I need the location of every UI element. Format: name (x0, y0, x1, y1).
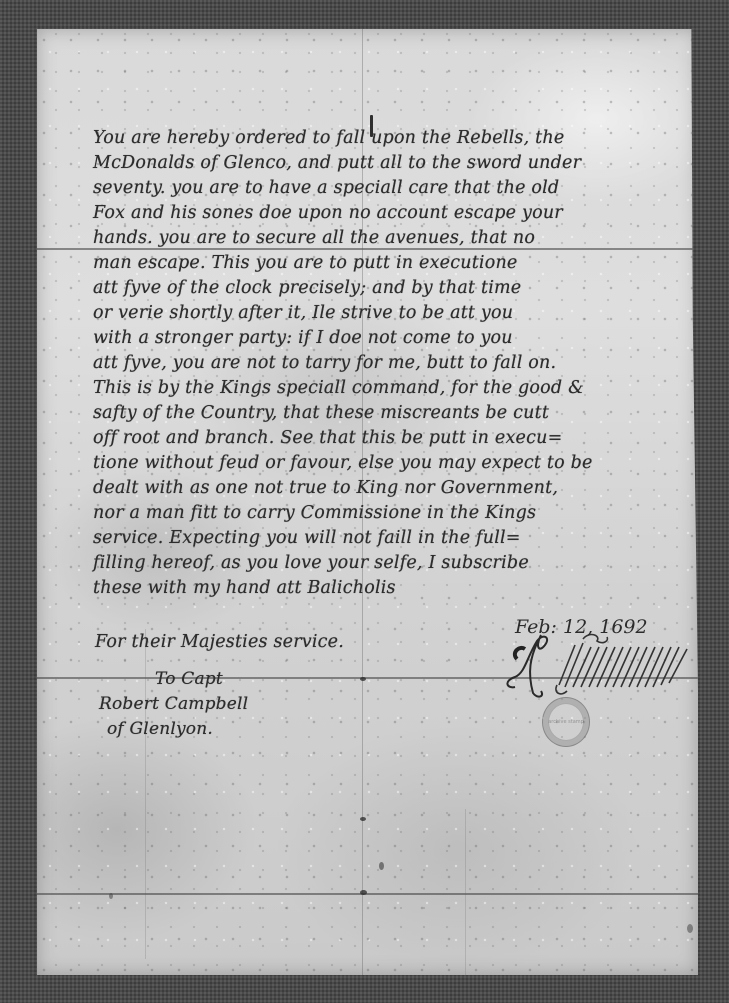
body-line: off root and branch. See that this be pu… (93, 428, 562, 448)
body-line: Fox and his sones doe upon no account es… (93, 203, 563, 223)
ink-spot (379, 862, 384, 870)
body-line: safty of the Country, that these miscrea… (93, 403, 549, 423)
body-line: This is by the Kings speciall command, f… (93, 378, 584, 398)
body-line: att fyve, you are not to tarry for me, b… (93, 353, 556, 373)
seal-text: archive stamp (543, 698, 589, 746)
fold-line-horizontal-3 (37, 893, 698, 895)
body-line: nor a man fitt to carry Commissione in t… (93, 503, 536, 523)
fold-line-vertical-left (145, 629, 146, 959)
fold-line-vertical-right (465, 809, 466, 975)
document-page: You are hereby ordered to fall upon the … (37, 29, 698, 975)
fold-line-horizontal-1 (37, 248, 698, 250)
postscript: For their Majesties service. (95, 632, 344, 652)
address-place: of Glenlyon. (107, 719, 213, 739)
body-line: McDonalds of Glenco, and putt all to the… (93, 153, 581, 173)
body-line: att fyve of the clock precisely; and by … (93, 278, 521, 298)
ink-spot (360, 890, 367, 895)
body-line: hands. you are to secure all the avenues… (93, 228, 535, 248)
date: Feb: 12, 1692 (515, 616, 648, 638)
body-line: or verie shortly after it, Ile strive to… (93, 303, 513, 323)
body-line: service. Expecting you will not faill in… (93, 528, 521, 548)
body-line: man escape. This you are to putt in exec… (93, 253, 517, 273)
body-line: with a stronger party: if I doe not come… (93, 328, 513, 348)
address-to: To Capt (155, 669, 223, 689)
body-line: dealt with as one not true to King nor G… (93, 478, 558, 498)
ink-spot (109, 893, 113, 899)
body-line: filling hereof, as you love your selfe, … (93, 553, 529, 573)
address-name: Robert Campbell (99, 694, 248, 714)
ink-spot (360, 817, 366, 821)
body-line: tione without feud or favour, else you m… (93, 453, 593, 473)
body-line: You are hereby ordered to fall upon the … (93, 128, 564, 148)
archive-seal-stamp: archive stamp (542, 697, 590, 747)
ink-spot (687, 924, 693, 933)
ink-spot (360, 677, 366, 681)
body-line: seventy. you are to have a speciall care… (93, 178, 559, 198)
body-line: these with my hand att Balicholis (93, 578, 396, 598)
